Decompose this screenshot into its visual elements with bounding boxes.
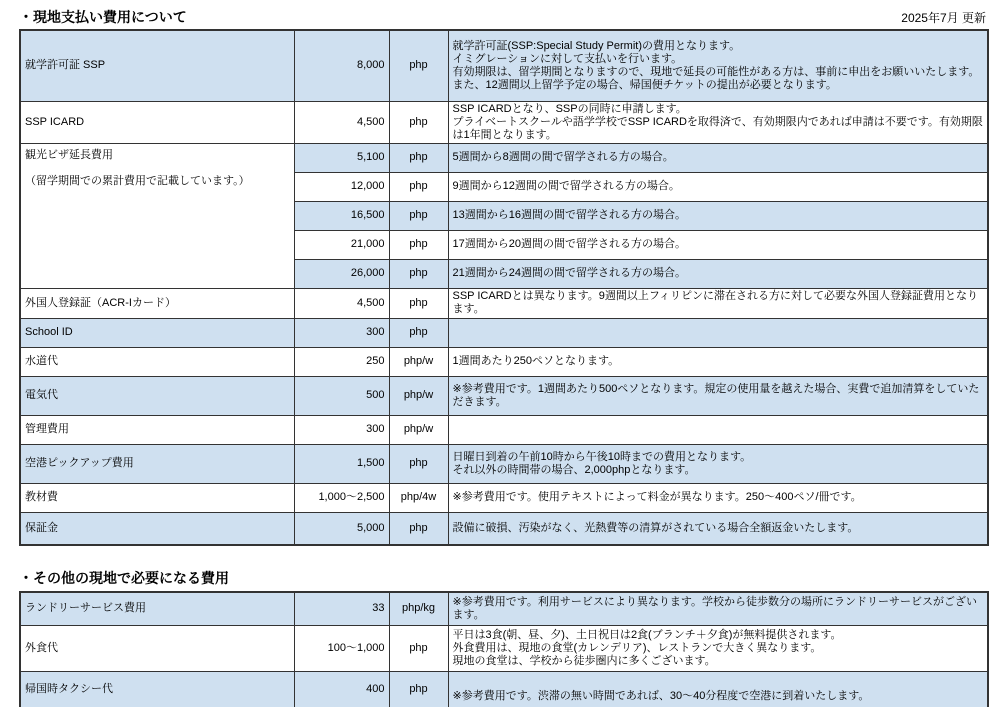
unit-cell: php/4w xyxy=(389,483,448,512)
unit-cell: php xyxy=(389,512,448,545)
amount-cell: 250 xyxy=(294,347,389,376)
desc-cell xyxy=(448,415,988,444)
amount-cell: 5,000 xyxy=(294,512,389,545)
amount-cell: 26,000 xyxy=(294,259,389,288)
table-row: ランドリーサービス費用33php/kg※参考費用です。利用サービスにより異なりま… xyxy=(20,592,988,625)
unit-cell: php xyxy=(389,230,448,259)
desc-cell: ※参考費用です。利用サービスにより異なります。学校から徒歩数分の場所にランドリー… xyxy=(448,592,988,625)
desc-cell xyxy=(448,318,988,347)
table-row: 外食代100～1,000php平日は3食(朝、昼、夕)、土日祝日は2食(ブランチ… xyxy=(20,625,988,671)
item-cell: 就学許可証 SSP xyxy=(20,30,294,101)
unit-cell: php xyxy=(389,30,448,101)
desc-cell: 5週間から8週間の間で留学される方の場合。 xyxy=(448,143,988,172)
unit-cell: php xyxy=(389,143,448,172)
unit-cell: php/w xyxy=(389,415,448,444)
unit-cell: php/kg xyxy=(389,592,448,625)
item-cell: 帰国時タクシー代 xyxy=(20,671,294,707)
amount-cell: 500 xyxy=(294,376,389,415)
page-header: ・現地支払い費用について 2025年7月 更新 xyxy=(19,9,986,25)
amount-cell: 1,000～2,500 xyxy=(294,483,389,512)
desc-cell: ※参考費用です。渋滞の無い時間であれば、30～40分程度で空港に到着いたします。 xyxy=(448,671,988,707)
amount-cell: 5,100 xyxy=(294,143,389,172)
section-title-other-local-fees: ・その他の現地で必要になる費用 xyxy=(19,570,1000,586)
item-cell: 保証金 xyxy=(20,512,294,545)
amount-cell: 21,000 xyxy=(294,230,389,259)
item-cell: 管理費用 xyxy=(20,415,294,444)
table-row: 就学許可証 SSP8,000php就学許可証(SSP:Special Study… xyxy=(20,30,988,101)
other-local-fee-table: ランドリーサービス費用33php/kg※参考費用です。利用サービスにより異なりま… xyxy=(19,591,989,707)
desc-cell: 1週間あたり250ペソとなります。 xyxy=(448,347,988,376)
item-cell: 観光ビザ延長費用 （留学期間での累計費用で記載しています。） xyxy=(20,143,294,288)
unit-cell: php xyxy=(389,201,448,230)
table-row: 水道代250php/w1週間あたり250ペソとなります。 xyxy=(20,347,988,376)
desc-cell: 設備に破損、汚染がなく、光熱費等の清算がされている場合全額返金いたします。 xyxy=(448,512,988,545)
table-row: 教材費1,000～2,500php/4w※参考費用です。使用テキストによって料金… xyxy=(20,483,988,512)
desc-cell: SSP ICARDとなり、SSPの同時に申請します。 プライベートスクールや語学… xyxy=(448,101,988,143)
table-row: 帰国時タクシー代400php ※参考費用です。渋滞の無い時間であれば、30～40… xyxy=(20,671,988,707)
table-row: 保証金5,000php設備に破損、汚染がなく、光熱費等の清算がされている場合全額… xyxy=(20,512,988,545)
item-cell: 外食代 xyxy=(20,625,294,671)
unit-cell: php/w xyxy=(389,347,448,376)
table-row: 観光ビザ延長費用 （留学期間での累計費用で記載しています。）5,100php5週… xyxy=(20,143,988,172)
table-row: SSP ICARD4,500phpSSP ICARDとなり、SSPの同時に申請し… xyxy=(20,101,988,143)
amount-cell: 4,500 xyxy=(294,288,389,318)
item-cell: 水道代 xyxy=(20,347,294,376)
amount-cell: 300 xyxy=(294,318,389,347)
amount-cell: 1,500 xyxy=(294,444,389,483)
unit-cell: php xyxy=(389,288,448,318)
unit-cell: php xyxy=(389,671,448,707)
desc-cell: 平日は3食(朝、昼、夕)、土日祝日は2食(ブランチ＋夕食)が無料提供されます。 … xyxy=(448,625,988,671)
table-row: 外国人登録証（ACR-Iカード）4,500phpSSP ICARDとは異なります… xyxy=(20,288,988,318)
table-row: 空港ピックアップ費用1,500php日曜日到着の午前10時から午後10時までの費… xyxy=(20,444,988,483)
item-cell: ランドリーサービス費用 xyxy=(20,592,294,625)
desc-cell: 21週間から24週間の間で留学される方の場合。 xyxy=(448,259,988,288)
table-row: 管理費用300php/w xyxy=(20,415,988,444)
item-cell: 教材費 xyxy=(20,483,294,512)
unit-cell: php xyxy=(389,259,448,288)
desc-cell: ※参考費用です。使用テキストによって料金が異なります。250～400ペソ/冊です… xyxy=(448,483,988,512)
amount-cell: 4,500 xyxy=(294,101,389,143)
desc-cell: ※参考費用です。1週間あたり500ペソとなります。規定の使用量を越えた場合、実費… xyxy=(448,376,988,415)
desc-cell: 日曜日到着の午前10時から午後10時までの費用となります。 それ以外の時間帯の場… xyxy=(448,444,988,483)
unit-cell: php xyxy=(389,625,448,671)
amount-cell: 33 xyxy=(294,592,389,625)
item-cell: School ID xyxy=(20,318,294,347)
updated-date: 2025年7月 更新 xyxy=(901,11,986,25)
table-row: 電気代500php/w※参考費用です。1週間あたり500ペソとなります。規定の使… xyxy=(20,376,988,415)
amount-cell: 400 xyxy=(294,671,389,707)
table-row: School ID300php xyxy=(20,318,988,347)
desc-cell: 13週間から16週間の間で留学される方の場合。 xyxy=(448,201,988,230)
amount-cell: 12,000 xyxy=(294,172,389,201)
item-cell: 電気代 xyxy=(20,376,294,415)
amount-cell: 16,500 xyxy=(294,201,389,230)
section-title-local-payment-fees: ・現地支払い費用について xyxy=(19,9,187,25)
desc-cell: SSP ICARDとは異なります。9週間以上フィリピンに滞在される方に対して必要… xyxy=(448,288,988,318)
desc-cell: 就学許可証(SSP:Special Study Permit)の費用となります。… xyxy=(448,30,988,101)
amount-cell: 8,000 xyxy=(294,30,389,101)
item-cell: 空港ピックアップ費用 xyxy=(20,444,294,483)
unit-cell: php xyxy=(389,444,448,483)
unit-cell: php/w xyxy=(389,376,448,415)
amount-cell: 300 xyxy=(294,415,389,444)
unit-cell: php xyxy=(389,101,448,143)
item-cell: SSP ICARD xyxy=(20,101,294,143)
desc-cell: 17週間から20週間の間で留学される方の場合。 xyxy=(448,230,988,259)
amount-cell: 100～1,000 xyxy=(294,625,389,671)
unit-cell: php xyxy=(389,318,448,347)
document-page: ・現地支払い費用について 2025年7月 更新 就学許可証 SSP8,000ph… xyxy=(0,0,1000,707)
item-cell: 外国人登録証（ACR-Iカード） xyxy=(20,288,294,318)
unit-cell: php xyxy=(389,172,448,201)
desc-cell: 9週間から12週間の間で留学される方の場合。 xyxy=(448,172,988,201)
local-payment-fee-table: 就学許可証 SSP8,000php就学許可証(SSP:Special Study… xyxy=(19,29,989,546)
